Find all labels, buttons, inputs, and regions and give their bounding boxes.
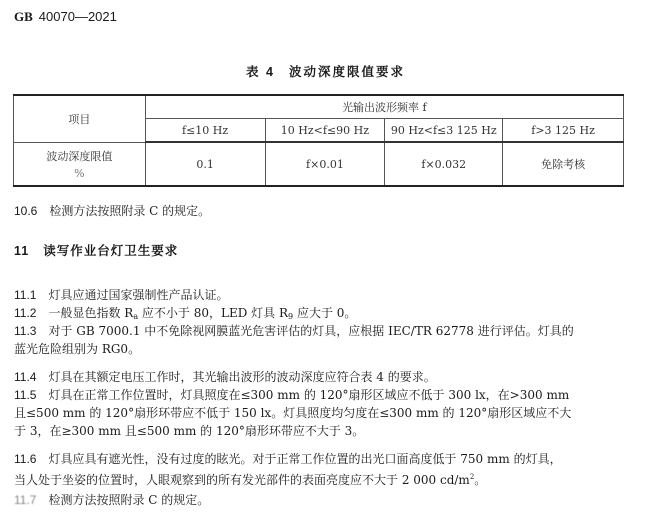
- row-label: 波动深度限值: [46, 150, 112, 163]
- clause-11-6: 11.6灯具应具有遮光性，没有过度的眩光。对于正常工作位置的出光口面高度低于 7…: [14, 450, 626, 489]
- value-cell-2: f×0.01: [265, 142, 385, 186]
- clause-number: 11.3: [14, 322, 36, 340]
- header-freq-col-2: 10 Hz<f≤90 Hz: [265, 119, 385, 143]
- table-caption-title: 波动深度限值要求: [289, 65, 405, 79]
- value-cell-1: 0.1: [145, 142, 265, 186]
- clause-text: 对于 GB 7000.1 中不免除视网膜蓝光危害评估的灯具，应根据 IEC/TR…: [48, 324, 573, 338]
- header-freq-col-4: f>3 125 Hz: [503, 119, 624, 143]
- header-item: 项目: [14, 95, 146, 142]
- section-11-heading: 11读写作业台灯卫生要求: [14, 242, 626, 260]
- clause-number: 11.2: [14, 304, 36, 322]
- table-caption-number: 表 4: [246, 65, 275, 79]
- header-freq-col-3: 90 Hz<f≤3 125 Hz: [385, 119, 503, 143]
- clause-11-3: 11.3对于 GB 7000.1 中不免除视网膜蓝光危害评估的灯具，应根据 IE…: [14, 322, 626, 358]
- document-header: GB40070—2021: [14, 9, 117, 25]
- section-number: 11: [14, 242, 29, 260]
- clause-number: 10.6: [14, 202, 37, 220]
- clause-text: 于 3，在≥300 mm 且≤500 mm 的 120°扇形环带应不大于 3。: [14, 424, 364, 438]
- clause-text: 当人处于坐姿的位置时，人眼观察到的所有发光部件的表面亮度应不大于 2 000 c…: [14, 473, 470, 487]
- clause-text: 蓝光危险组别为 RG0。: [14, 342, 140, 356]
- clause-text: 应不小于 80，LED 灯具 R: [138, 306, 288, 320]
- header-frequency-group: 光输出波形频率 f: [145, 95, 623, 119]
- standard-number: 40070—2021: [39, 9, 117, 24]
- clause-11-5: 11.5灯具在正常工作位置时，灯具照度在≤300 mm 的 120°扇形区域应不…: [14, 386, 626, 440]
- clause-number: 11.7: [14, 491, 36, 509]
- clause-10-6: 10.6检测方法按照附录 C 的规定。: [14, 202, 626, 220]
- clause-text: 灯具在正常工作位置时，灯具照度在≤300 mm 的 120°扇形区域应不低于 3…: [48, 388, 569, 402]
- clause-text: 应大于 0。: [293, 306, 356, 320]
- clause-11-1: 11.1灯具应通过国家强制性产品认证。: [14, 286, 626, 304]
- clause-number: 11.6: [14, 450, 36, 468]
- clause-text: 检测方法按照附录 C 的规定。: [49, 204, 210, 218]
- section-title: 读写作业台灯卫生要求: [43, 244, 178, 258]
- clause-11-7: 11.7检测方法按照附录 C 的规定。: [14, 491, 626, 509]
- value-cell-4: 免除考核: [503, 142, 624, 186]
- clause-number: 11.1: [14, 286, 36, 304]
- clause-number: 11.5: [14, 386, 36, 404]
- clause-text: 检测方法按照附录 C 的规定。: [48, 493, 209, 507]
- table-caption: 表 4波动深度限值要求: [0, 62, 651, 80]
- wave-depth-table: 项目 光输出波形频率 f f≤10 Hz 10 Hz<f≤90 Hz 90 Hz…: [13, 94, 624, 187]
- header-freq-col-1: f≤10 Hz: [145, 119, 265, 143]
- row-unit: %: [14, 167, 145, 180]
- value-cell-3: f×0.032: [385, 142, 503, 186]
- clause-text: 灯具应通过国家强制性产品认证。: [48, 288, 228, 302]
- table-row: 波动深度限值 % 0.1 f×0.01 f×0.032 免除考核: [14, 142, 624, 186]
- clause-11-4: 11.4灯具在其额定电压工作时，其光输出波形的波动深度应符合表 4 的要求。: [14, 368, 626, 386]
- clause-text: 灯具在其额定电压工作时，其光输出波形的波动深度应符合表 4 的要求。: [48, 370, 435, 384]
- standard-prefix: GB: [14, 9, 33, 24]
- row-label-cell: 波动深度限值 %: [14, 142, 146, 186]
- clause-number: 11.4: [14, 368, 36, 386]
- clause-text: 一般显色指数 R: [48, 306, 133, 320]
- clause-text: 且≤500 mm 的 120°扇形环带应不低于 150 lx。灯具照度均匀度在≤…: [14, 406, 571, 420]
- clause-text: 灯具应具有遮光性，没有过度的眩光。对于正常工作位置的出光口面高度低于 750 m…: [48, 452, 561, 466]
- clause-text: 。: [474, 473, 486, 487]
